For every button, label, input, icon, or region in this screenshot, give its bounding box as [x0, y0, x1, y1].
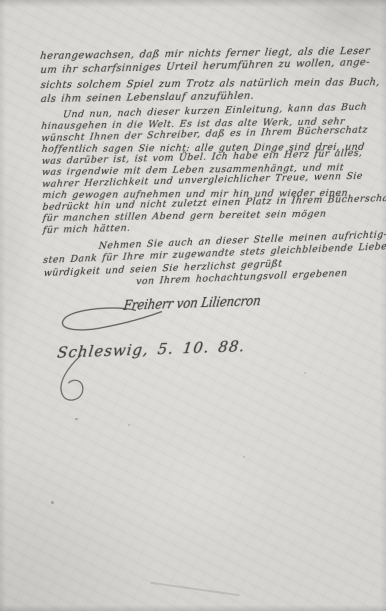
letter-paragraph-1: herangewachsen, daß mir nichts ferner li…	[40, 45, 366, 108]
ink-speck	[304, 372, 306, 374]
signature: Freiherr von Liliencron	[123, 293, 262, 314]
dateline-block: Schleswig, 5. 10. 88.	[51, 332, 273, 410]
ink-speck	[75, 418, 78, 420]
ink-speck	[51, 501, 54, 504]
letter-closing: Nehmen Sie auch an dieser Stelle meinen …	[42, 230, 369, 293]
handwritten-letter-body: herangewachsen, daß mir nichts ferner li…	[40, 45, 369, 293]
letter-paragraph-2: Und nun, nach dieser kurzen Einleitung, …	[41, 105, 368, 237]
ink-speck	[128, 424, 130, 426]
signature-block: Freiherr von Liliencron	[95, 288, 316, 338]
place-and-date: Schleswig, 5. 10. 88.	[56, 337, 246, 362]
ink-speck	[243, 456, 245, 458]
